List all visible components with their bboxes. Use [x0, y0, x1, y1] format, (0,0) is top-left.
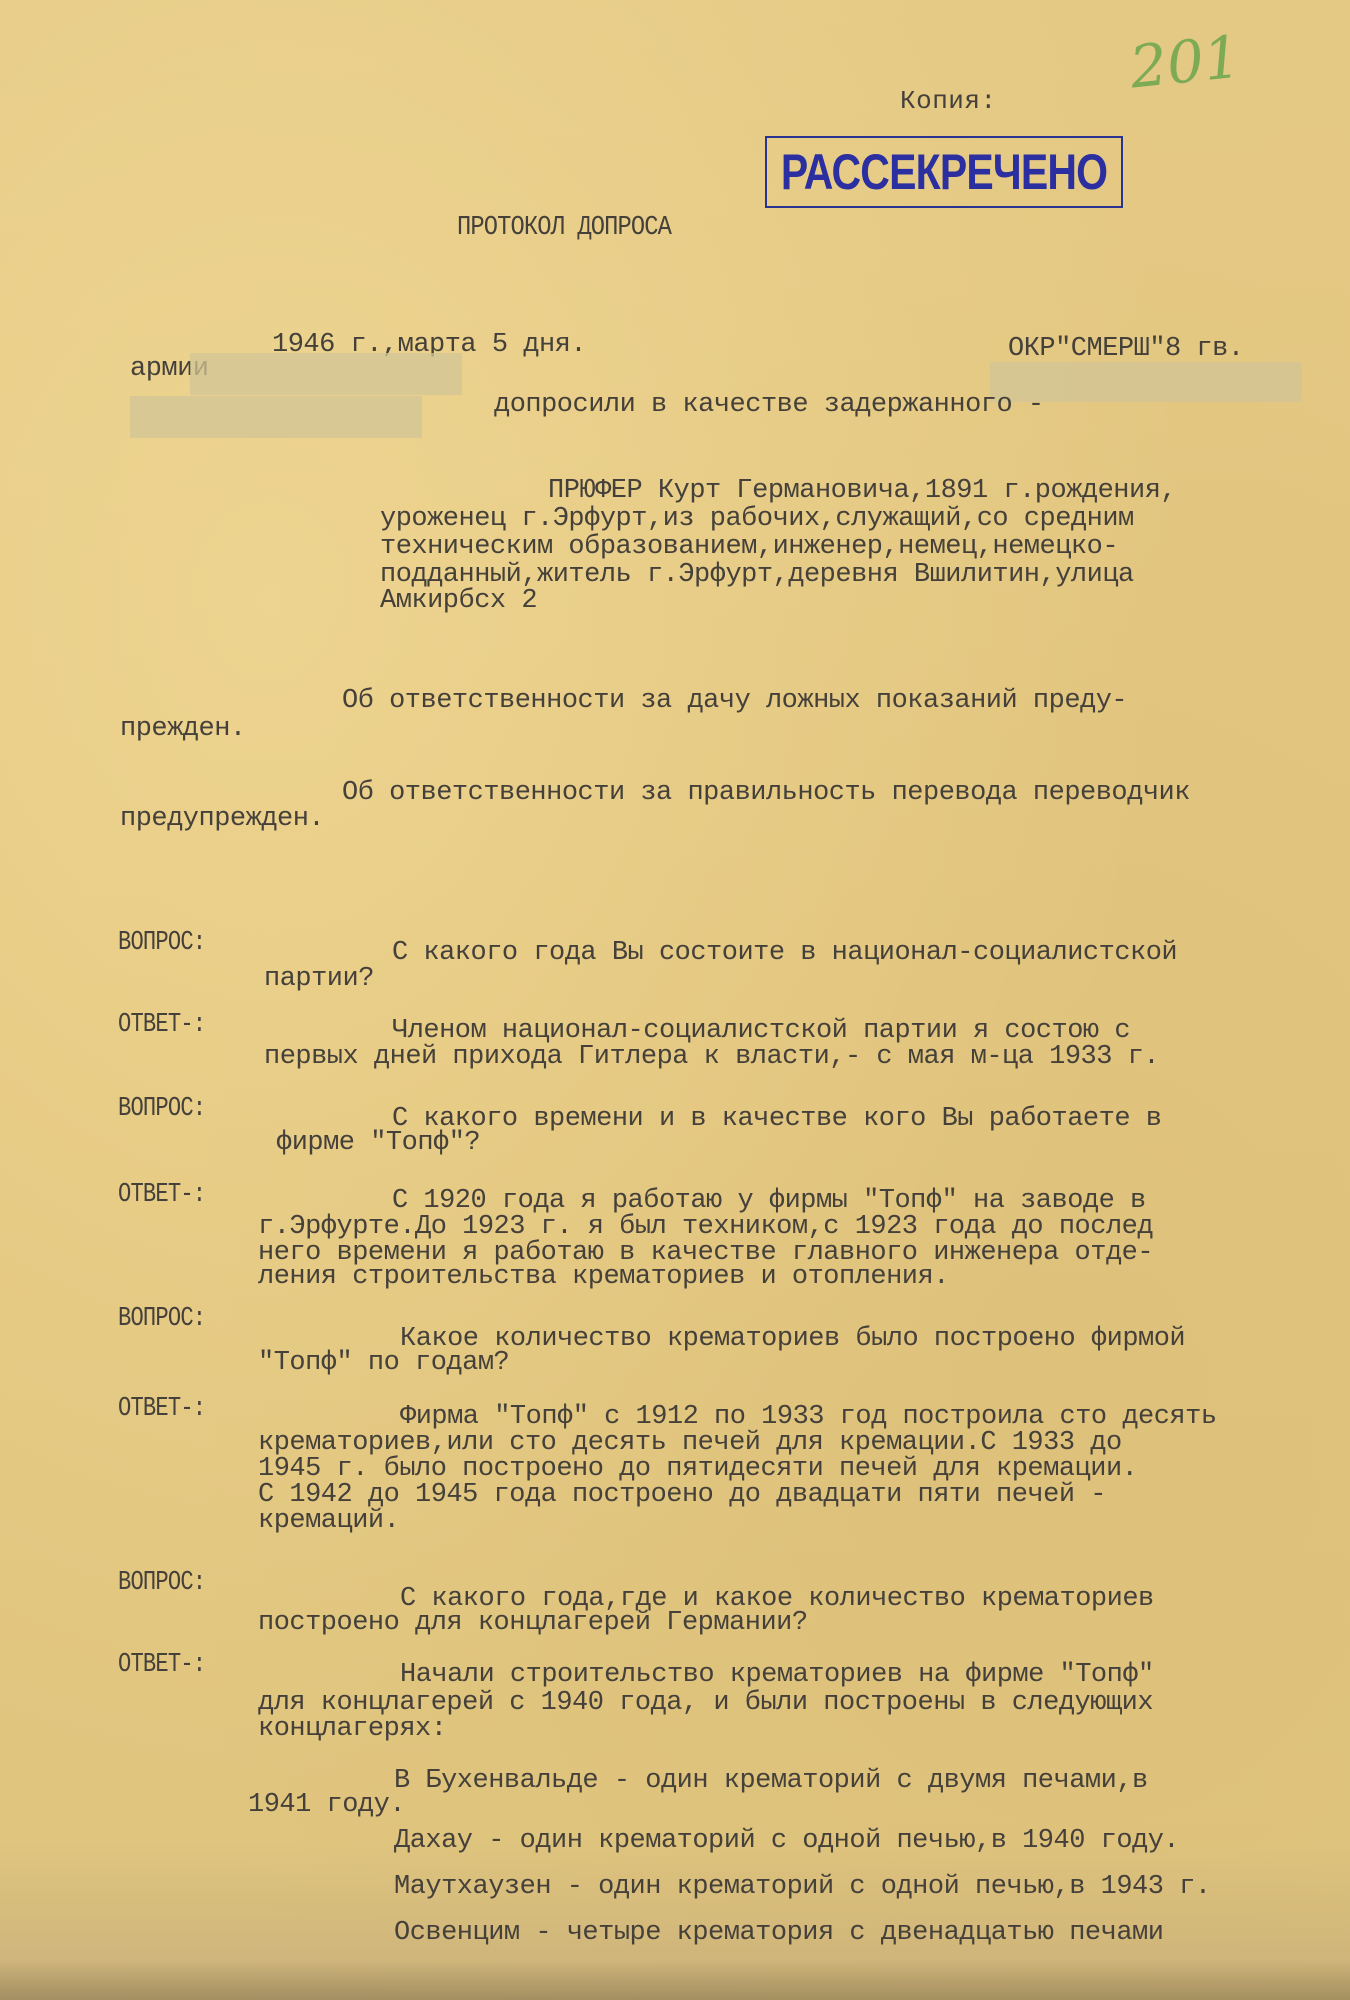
answer-text: кремаций. — [258, 1508, 399, 1534]
warning-false-testimony-cont: прежден. — [120, 716, 246, 742]
answer-text: для концлагерей с 1940 года, и были пост… — [258, 1690, 1153, 1716]
camp-item-cont: 1941 году. — [248, 1792, 405, 1818]
answer-text: концлагерях: — [258, 1716, 446, 1742]
question-text: С какого времени и в качестве кого Вы ра… — [392, 1106, 1161, 1132]
question-text: "Топф" по годам? — [258, 1350, 509, 1376]
question-text: Какое количество крематориев было постро… — [400, 1326, 1185, 1352]
camp-item: Освенцим - четыре крематория с двенадцат… — [394, 1920, 1163, 1946]
question-text: фирме "Топф"? — [276, 1130, 480, 1156]
question-text: С какого года Вы состоите в национал-соц… — [392, 940, 1177, 966]
answer-label: ОТВЕТ-: — [118, 1652, 205, 1678]
answer-text: С 1920 года я работаю у фирмы "Топф" на … — [392, 1188, 1146, 1214]
answer-text: первых дней прихода Гитлера к власти,- с… — [264, 1044, 1159, 1070]
subject-line: техническим образованием,инженер,немец,н… — [380, 534, 1118, 560]
camp-item: Дахау - один крематорий с одной печью,в … — [394, 1828, 1179, 1854]
subject-line: уроженец г.Эрфурт,из рабочих,служащий,со… — [380, 506, 1134, 532]
question-label: ВОПРОС: — [118, 930, 205, 956]
redaction-box — [190, 353, 462, 395]
camp-item: Маутхаузен - один крематорий с одной печ… — [394, 1874, 1211, 1900]
camp-item: В Бухенвальде - один крематорий с двумя … — [394, 1768, 1148, 1794]
stamp-text: РАССЕКРЕЧЕНО — [781, 143, 1107, 201]
question-label: ВОПРОС: — [118, 1306, 205, 1332]
subject-line: подданный,житель г.Эрфурт,деревня Вшилит… — [380, 562, 1134, 588]
page-number: 201 — [1127, 22, 1244, 101]
answer-text: Членом национал-социалистской партии я с… — [392, 1018, 1130, 1044]
page-edge-shadow — [0, 1960, 1350, 2000]
copy-label: Копия: — [900, 88, 997, 114]
answer-text: Начали строительство крематориев на фирм… — [400, 1662, 1154, 1688]
answer-text: 1945 г. было построено до пятидесяти печ… — [258, 1456, 1137, 1482]
answer-text: крематориев,или сто десять печей для кре… — [258, 1430, 1122, 1456]
question-text: построено для концлагерей Германии? — [258, 1610, 808, 1636]
unit-name: ОКР"СМЕРШ"8 гв. — [1008, 336, 1244, 362]
warning-translation: Об ответственности за правильность перев… — [342, 780, 1190, 806]
declassified-stamp: РАССЕКРЕЧЕНО — [765, 136, 1123, 208]
question-label: ВОПРОС: — [118, 1096, 205, 1122]
question-label: ВОПРОС: — [118, 1570, 205, 1596]
answer-text: Фирма "Топф" с 1912 по 1933 год построил… — [400, 1404, 1217, 1430]
answer-text: г.Эрфурте.До 1923 г. я был техником,с 19… — [258, 1214, 1153, 1240]
answer-text: ления строительства крематориев и отопле… — [258, 1264, 949, 1290]
warning-translation-cont: предупрежден. — [120, 806, 324, 832]
subject-line: ПРЮФЕР Курт Германовича,1891 г.рождения, — [548, 478, 1176, 504]
subject-line: Амкирбсх 2 — [380, 588, 537, 614]
redaction-box — [130, 396, 422, 438]
answer-text: С 1942 до 1945 года построено до двадцат… — [258, 1482, 1106, 1508]
answer-label: ОТВЕТ-: — [118, 1182, 205, 1208]
answer-label: ОТВЕТ-: — [118, 1012, 205, 1038]
answer-label: ОТВЕТ-: — [118, 1396, 205, 1422]
warning-false-testimony: Об ответственности за дачу ложных показа… — [342, 688, 1127, 714]
interrogated-as: допросили в качестве задержанного - — [494, 392, 1044, 418]
document-title: ПРОТОКОЛ ДОПРОСА — [457, 215, 671, 241]
question-text: партии? — [264, 966, 374, 992]
